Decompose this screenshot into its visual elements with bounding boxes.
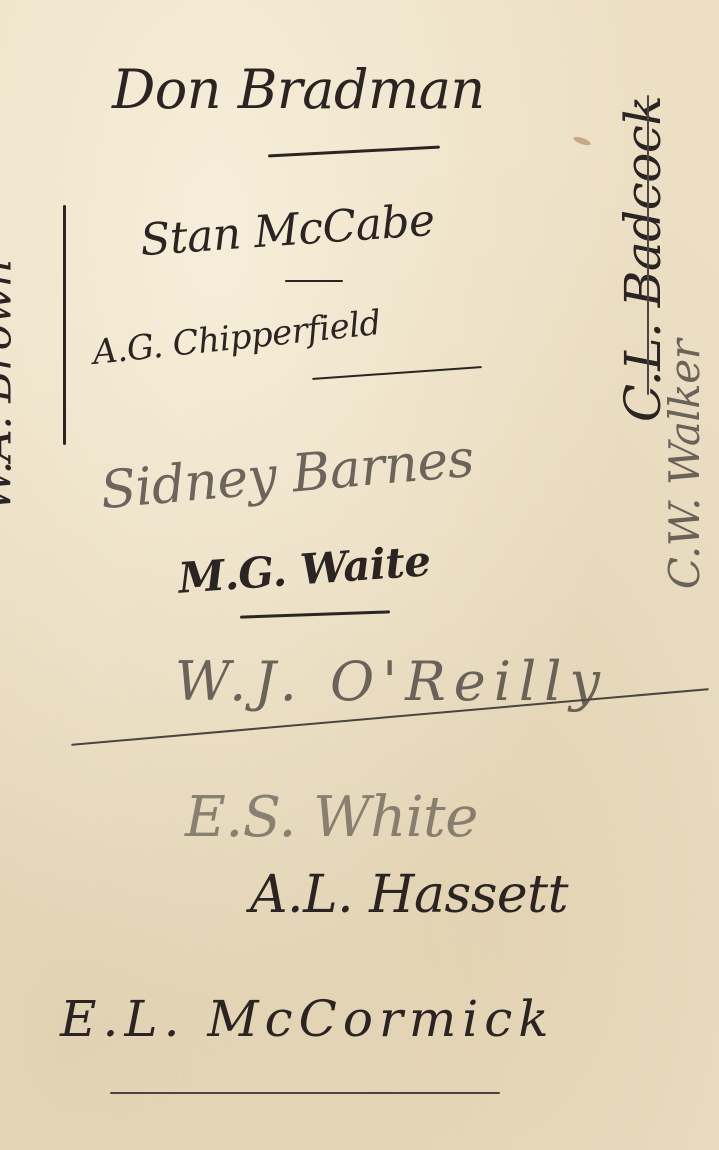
signature-brown: W.A. Brown [0,259,22,511]
underline-mccabe [285,280,343,282]
signature-walker: C.W. Walker [660,340,709,589]
signature-bradman: Don Bradman [112,58,485,121]
underline-brown [63,205,66,445]
underline-mccormick [110,1092,500,1094]
signature-hassett: A.L. Hassett [250,865,568,925]
signature-white: E.S. White [185,785,478,850]
signature-mccormick: E.L. McCormick [60,990,555,1048]
underline-badcock [647,95,649,395]
